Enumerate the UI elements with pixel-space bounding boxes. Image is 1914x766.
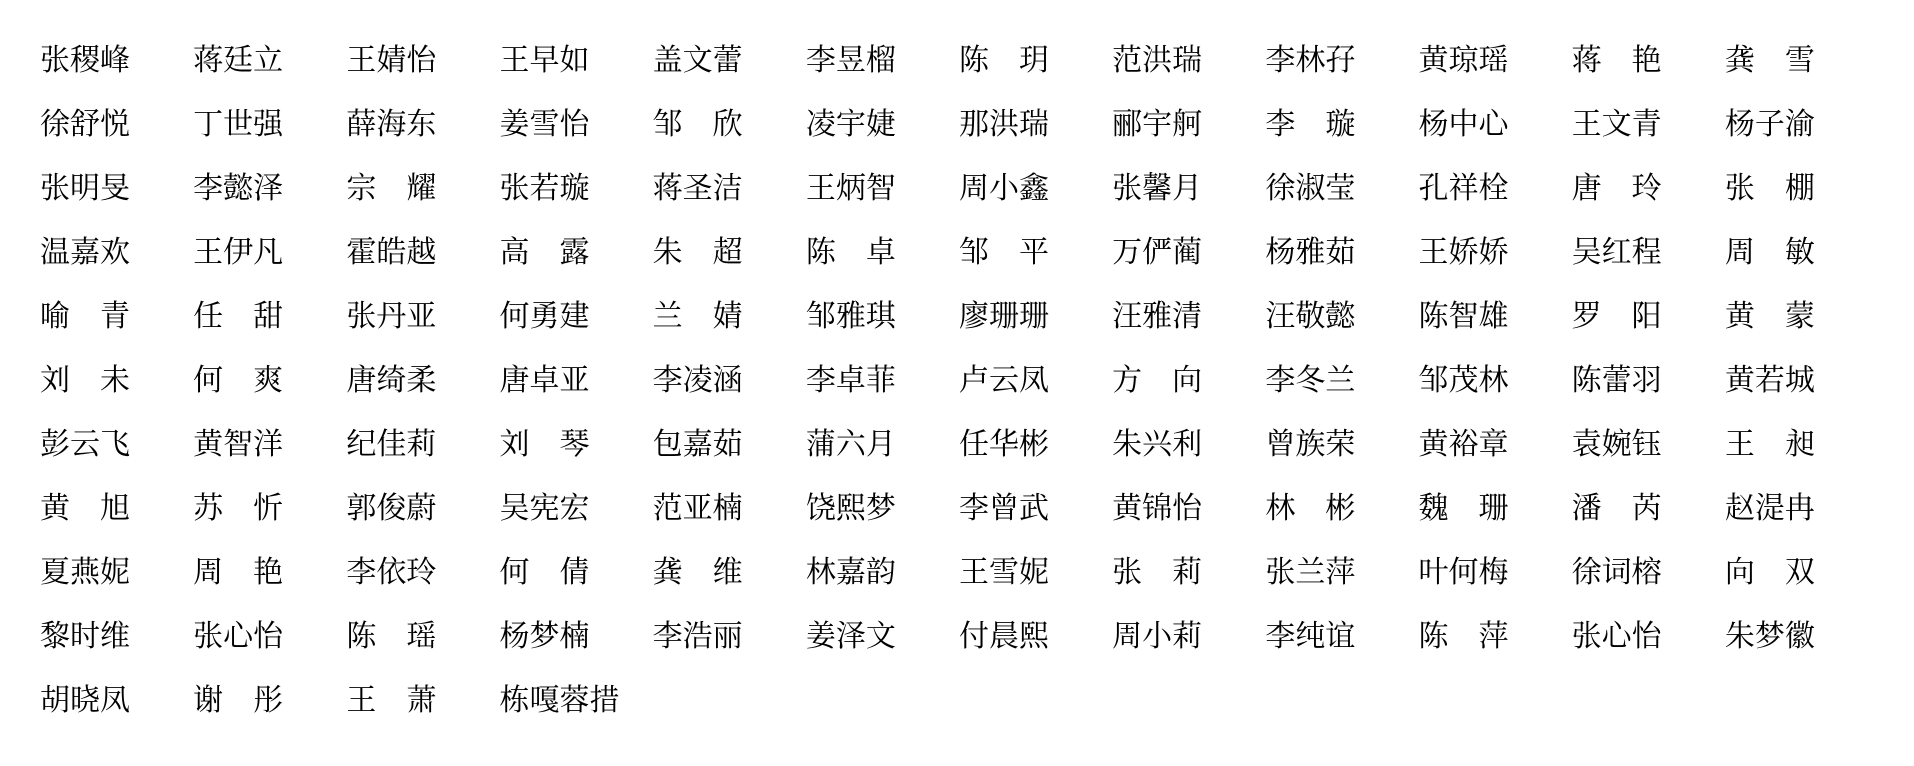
person-name: 刘未	[40, 355, 130, 399]
name-item: 范亚楠	[653, 483, 743, 527]
person-name: 王娇娇	[1419, 227, 1509, 271]
person-name: 彭云飞	[40, 419, 130, 463]
name-item: 张棚	[1725, 163, 1815, 207]
person-name: 吴红程	[1572, 227, 1662, 271]
name-item: 李璇	[1265, 99, 1355, 143]
person-name: 薛海东	[346, 99, 436, 143]
name-item: 陈瑶	[346, 611, 436, 655]
name-item: 周小鑫	[959, 163, 1049, 207]
name-item: 蒋圣洁	[653, 163, 743, 207]
name-item: 刘琴	[500, 419, 590, 463]
name-item: 陈萍	[1419, 611, 1509, 655]
person-name: 黄若城	[1725, 355, 1815, 399]
name-item: 蒲六月	[806, 419, 896, 463]
name-item: 汪雅清	[1112, 291, 1202, 335]
name-item: 向双	[1725, 547, 1815, 591]
name-item: 潘芮	[1572, 483, 1662, 527]
person-name: 李依玲	[346, 547, 436, 591]
name-item: 王婧怡	[346, 35, 436, 79]
name-item: 张心怡	[1572, 611, 1662, 655]
name-item: 袁婉钰	[1572, 419, 1662, 463]
name-item: 张明旻	[40, 163, 130, 207]
person-name: 李卓菲	[806, 355, 896, 399]
name-item: 郭俊蔚	[346, 483, 436, 527]
name-item: 朱超	[653, 227, 743, 271]
person-name: 杨雅茹	[1265, 227, 1355, 271]
name-item: 那洪瑞	[959, 99, 1049, 143]
name-item: 李冬兰	[1265, 355, 1355, 399]
name-item: 邹茂林	[1419, 355, 1509, 399]
person-name: 张馨月	[1112, 163, 1202, 207]
person-name: 唐卓亚	[500, 355, 590, 399]
name-item: 凌宇婕	[806, 99, 896, 143]
name-item: 何勇建	[500, 291, 590, 335]
person-name: 李昱榴	[806, 35, 896, 79]
person-name: 谢彤	[193, 675, 283, 719]
person-name: 蒋圣洁	[653, 163, 743, 207]
person-name: 周敏	[1725, 227, 1815, 271]
name-item: 黄旭	[40, 483, 130, 527]
name-item: 杨子渝	[1725, 99, 1815, 143]
name-item: 卢云凤	[959, 355, 1049, 399]
person-name: 李懿泽	[193, 163, 283, 207]
person-name: 万俨蔺	[1112, 227, 1202, 271]
name-item: 王昶	[1725, 419, 1815, 463]
name-list-page: 张稷峰蒋廷立王婧怡王早如盖文蕾李昱榴陈玥范洪瑞李林孖黄琼瑶蒋艳龚雪徐舒悦丁世强薛…	[0, 0, 1914, 766]
name-item: 叶何梅	[1419, 547, 1509, 591]
name-item: 刘未	[40, 355, 130, 399]
name-item: 汪敬懿	[1265, 291, 1355, 335]
name-item: 杨中心	[1419, 99, 1509, 143]
person-name: 龚雪	[1725, 35, 1815, 79]
name-item: 彭云飞	[40, 419, 130, 463]
person-name: 陈智雄	[1419, 291, 1509, 335]
person-name: 饶熙梦	[806, 483, 896, 527]
name-item: 陈蕾羽	[1572, 355, 1662, 399]
name-item: 邹雅琪	[806, 291, 896, 335]
person-name: 何勇建	[500, 291, 590, 335]
name-item: 夏燕妮	[40, 547, 130, 591]
person-name: 陈瑶	[346, 611, 436, 655]
name-item: 张心怡	[193, 611, 283, 655]
name-item: 徐淑莹	[1265, 163, 1355, 207]
name-item: 喻青	[40, 291, 130, 335]
person-name: 汪雅清	[1112, 291, 1202, 335]
person-name: 张若璇	[500, 163, 590, 207]
person-name: 李纯谊	[1265, 611, 1355, 655]
person-name: 包嘉茹	[653, 419, 743, 463]
name-item: 曾族荣	[1265, 419, 1355, 463]
person-name: 李冬兰	[1265, 355, 1355, 399]
name-item: 李卓菲	[806, 355, 896, 399]
name-item: 胡晓凤	[40, 675, 130, 719]
name-item: 张馨月	[1112, 163, 1202, 207]
person-name: 张心怡	[1572, 611, 1662, 655]
person-name: 周小鑫	[959, 163, 1049, 207]
name-item: 付晨熙	[959, 611, 1049, 655]
name-item: 周敏	[1725, 227, 1815, 271]
person-name: 纪佳莉	[346, 419, 436, 463]
person-name: 盖文蕾	[653, 35, 743, 79]
name-item: 丁世强	[193, 99, 283, 143]
name-item: 杨梦楠	[500, 611, 590, 655]
person-name: 孔祥栓	[1419, 163, 1509, 207]
person-name: 张心怡	[193, 611, 283, 655]
name-item: 廖珊珊	[959, 291, 1049, 335]
person-name: 张丹亚	[346, 291, 436, 335]
name-item: 饶熙梦	[806, 483, 896, 527]
name-item: 高露	[500, 227, 590, 271]
person-name: 任华彬	[959, 419, 1049, 463]
name-item: 李林孖	[1265, 35, 1355, 79]
name-item: 林嘉韵	[806, 547, 896, 591]
person-name: 蒲六月	[806, 419, 896, 463]
person-name: 李林孖	[1265, 35, 1355, 79]
name-item: 薛海东	[346, 99, 436, 143]
person-name: 陈蕾羽	[1572, 355, 1662, 399]
person-name: 黄旭	[40, 483, 130, 527]
name-item: 张丹亚	[346, 291, 436, 335]
name-item: 邹欣	[653, 99, 743, 143]
person-name: 杨中心	[1419, 99, 1509, 143]
name-item: 赵湜冉	[1725, 483, 1815, 527]
person-name: 丁世强	[193, 99, 283, 143]
person-name: 邹欣	[653, 99, 743, 143]
name-item: 蒋艳	[1572, 35, 1662, 79]
person-name: 何倩	[500, 547, 590, 591]
person-name: 林嘉韵	[806, 547, 896, 591]
person-name: 凌宇婕	[806, 99, 896, 143]
name-item: 万俨蔺	[1112, 227, 1202, 271]
person-name: 方向	[1112, 355, 1202, 399]
person-name: 叶何梅	[1419, 547, 1509, 591]
name-item: 吴宪宏	[500, 483, 590, 527]
person-name: 何爽	[193, 355, 283, 399]
person-name: 黄蒙	[1725, 291, 1815, 335]
name-item: 龚维	[653, 547, 743, 591]
person-name: 吴宪宏	[500, 483, 590, 527]
name-item: 李曾武	[959, 483, 1049, 527]
person-name: 唐玲	[1572, 163, 1662, 207]
name-item: 苏忻	[193, 483, 283, 527]
person-name: 魏珊	[1419, 483, 1509, 527]
name-item: 霍皓越	[346, 227, 436, 271]
name-item: 姜雪怡	[500, 99, 590, 143]
name-item: 王伊凡	[193, 227, 283, 271]
person-name: 蒋艳	[1572, 35, 1662, 79]
name-item: 何爽	[193, 355, 283, 399]
name-item: 栋嘎蓉措	[500, 675, 620, 719]
person-name: 李璇	[1265, 99, 1355, 143]
person-name: 邹茂林	[1419, 355, 1509, 399]
person-name: 赵湜冉	[1725, 483, 1815, 527]
name-item: 陈玥	[959, 35, 1049, 79]
name-item: 兰婧	[653, 291, 743, 335]
name-item: 唐绮柔	[346, 355, 436, 399]
name-item: 张莉	[1112, 547, 1202, 591]
name-item: 盖文蕾	[653, 35, 743, 79]
person-name: 龚维	[653, 547, 743, 591]
name-item: 张稷峰	[40, 35, 130, 79]
name-item: 王娇娇	[1419, 227, 1509, 271]
person-name: 苏忻	[193, 483, 283, 527]
person-name: 黎时维	[40, 611, 130, 655]
person-name: 付晨熙	[959, 611, 1049, 655]
person-name: 周小莉	[1112, 611, 1202, 655]
person-name: 黄锦怡	[1112, 483, 1202, 527]
person-name: 杨子渝	[1725, 99, 1815, 143]
person-name: 朱梦徽	[1725, 611, 1815, 655]
person-name: 王萧	[346, 675, 436, 719]
person-name: 夏燕妮	[40, 547, 130, 591]
person-name: 王昶	[1725, 419, 1815, 463]
name-item: 方向	[1112, 355, 1202, 399]
name-item: 王文青	[1572, 99, 1662, 143]
person-name: 徐词榕	[1572, 547, 1662, 591]
name-item: 吴红程	[1572, 227, 1662, 271]
person-name: 罗阳	[1572, 291, 1662, 335]
name-item: 龚雪	[1725, 35, 1815, 79]
name-item: 宗耀	[346, 163, 436, 207]
name-item: 温嘉欢	[40, 227, 130, 271]
person-name: 曾族荣	[1265, 419, 1355, 463]
person-name: 张兰萍	[1265, 547, 1355, 591]
name-item: 邹平	[959, 227, 1049, 271]
person-name: 邹雅琪	[806, 291, 896, 335]
name-item: 蒋廷立	[193, 35, 283, 79]
person-name: 黄智洋	[193, 419, 283, 463]
name-item: 李凌涵	[653, 355, 743, 399]
name-item: 林彬	[1265, 483, 1355, 527]
name-item: 黎时维	[40, 611, 130, 655]
person-name: 高露	[500, 227, 590, 271]
name-item: 唐卓亚	[500, 355, 590, 399]
name-item: 孔祥栓	[1419, 163, 1509, 207]
person-name: 王雪妮	[959, 547, 1049, 591]
name-item: 张若璇	[500, 163, 590, 207]
person-name: 李曾武	[959, 483, 1049, 527]
name-item: 郦宇舸	[1112, 99, 1202, 143]
person-name: 姜雪怡	[500, 99, 590, 143]
person-name: 张明旻	[40, 163, 130, 207]
person-name: 卢云凤	[959, 355, 1049, 399]
name-item: 李纯谊	[1265, 611, 1355, 655]
name-item: 唐玲	[1572, 163, 1662, 207]
name-grid: 张稷峰蒋廷立王婧怡王早如盖文蕾李昱榴陈玥范洪瑞李林孖黄琼瑶蒋艳龚雪徐舒悦丁世强薛…	[0, 0, 1914, 729]
name-item: 朱兴利	[1112, 419, 1202, 463]
person-name: 向双	[1725, 547, 1815, 591]
person-name: 范洪瑞	[1112, 35, 1202, 79]
person-name: 陈卓	[806, 227, 896, 271]
name-item: 朱梦徽	[1725, 611, 1815, 655]
person-name: 范亚楠	[653, 483, 743, 527]
person-name: 张棚	[1725, 163, 1815, 207]
name-item: 陈卓	[806, 227, 896, 271]
name-item: 魏珊	[1419, 483, 1509, 527]
person-name: 李浩丽	[653, 611, 743, 655]
person-name: 王炳智	[806, 163, 896, 207]
person-name: 朱兴利	[1112, 419, 1202, 463]
person-name: 李凌涵	[653, 355, 743, 399]
person-name: 兰婧	[653, 291, 743, 335]
name-item: 何倩	[500, 547, 590, 591]
person-name: 陈玥	[959, 35, 1049, 79]
person-name: 刘琴	[500, 419, 590, 463]
person-name: 任甜	[193, 291, 283, 335]
person-name: 胡晓凤	[40, 675, 130, 719]
person-name: 王婧怡	[346, 35, 436, 79]
name-item: 黄若城	[1725, 355, 1815, 399]
name-item: 王炳智	[806, 163, 896, 207]
name-item: 李昱榴	[806, 35, 896, 79]
person-name: 陈萍	[1419, 611, 1509, 655]
name-item: 周艳	[193, 547, 283, 591]
person-name: 王早如	[500, 35, 590, 79]
person-name: 徐淑莹	[1265, 163, 1355, 207]
name-item: 徐词榕	[1572, 547, 1662, 591]
name-item: 罗阳	[1572, 291, 1662, 335]
person-name: 栋嘎蓉措	[500, 675, 620, 719]
name-item: 李浩丽	[653, 611, 743, 655]
name-item: 王萧	[346, 675, 436, 719]
person-name: 郭俊蔚	[346, 483, 436, 527]
person-name: 宗耀	[346, 163, 436, 207]
person-name: 黄裕章	[1419, 419, 1509, 463]
person-name: 汪敬懿	[1265, 291, 1355, 335]
person-name: 霍皓越	[346, 227, 436, 271]
person-name: 邹平	[959, 227, 1049, 271]
name-item: 黄裕章	[1419, 419, 1509, 463]
person-name: 袁婉钰	[1572, 419, 1662, 463]
name-item: 黄蒙	[1725, 291, 1815, 335]
person-name: 张莉	[1112, 547, 1202, 591]
name-item: 陈智雄	[1419, 291, 1509, 335]
person-name: 黄琼瑶	[1419, 35, 1509, 79]
person-name: 喻青	[40, 291, 130, 335]
name-item: 纪佳莉	[346, 419, 436, 463]
person-name: 王文青	[1572, 99, 1662, 143]
name-item: 黄琼瑶	[1419, 35, 1509, 79]
person-name: 周艳	[193, 547, 283, 591]
name-item: 杨雅茹	[1265, 227, 1355, 271]
person-name: 王伊凡	[193, 227, 283, 271]
name-item: 任甜	[193, 291, 283, 335]
person-name: 那洪瑞	[959, 99, 1049, 143]
person-name: 张稷峰	[40, 35, 130, 79]
person-name: 杨梦楠	[500, 611, 590, 655]
person-name: 徐舒悦	[40, 99, 130, 143]
name-item: 包嘉茹	[653, 419, 743, 463]
person-name: 蒋廷立	[193, 35, 283, 79]
name-item: 任华彬	[959, 419, 1049, 463]
person-name: 廖珊珊	[959, 291, 1049, 335]
name-item: 姜泽文	[806, 611, 896, 655]
person-name: 林彬	[1265, 483, 1355, 527]
name-item: 黄锦怡	[1112, 483, 1202, 527]
person-name: 潘芮	[1572, 483, 1662, 527]
name-item: 李依玲	[346, 547, 436, 591]
person-name: 郦宇舸	[1112, 99, 1202, 143]
person-name: 温嘉欢	[40, 227, 130, 271]
name-item: 王早如	[500, 35, 590, 79]
person-name: 唐绮柔	[346, 355, 436, 399]
name-item: 黄智洋	[193, 419, 283, 463]
name-item: 李懿泽	[193, 163, 283, 207]
name-item: 徐舒悦	[40, 99, 130, 143]
person-name: 朱超	[653, 227, 743, 271]
name-item: 周小莉	[1112, 611, 1202, 655]
person-name: 姜泽文	[806, 611, 896, 655]
name-item: 谢彤	[193, 675, 283, 719]
name-item: 张兰萍	[1265, 547, 1355, 591]
name-item: 范洪瑞	[1112, 35, 1202, 79]
name-item: 王雪妮	[959, 547, 1049, 591]
